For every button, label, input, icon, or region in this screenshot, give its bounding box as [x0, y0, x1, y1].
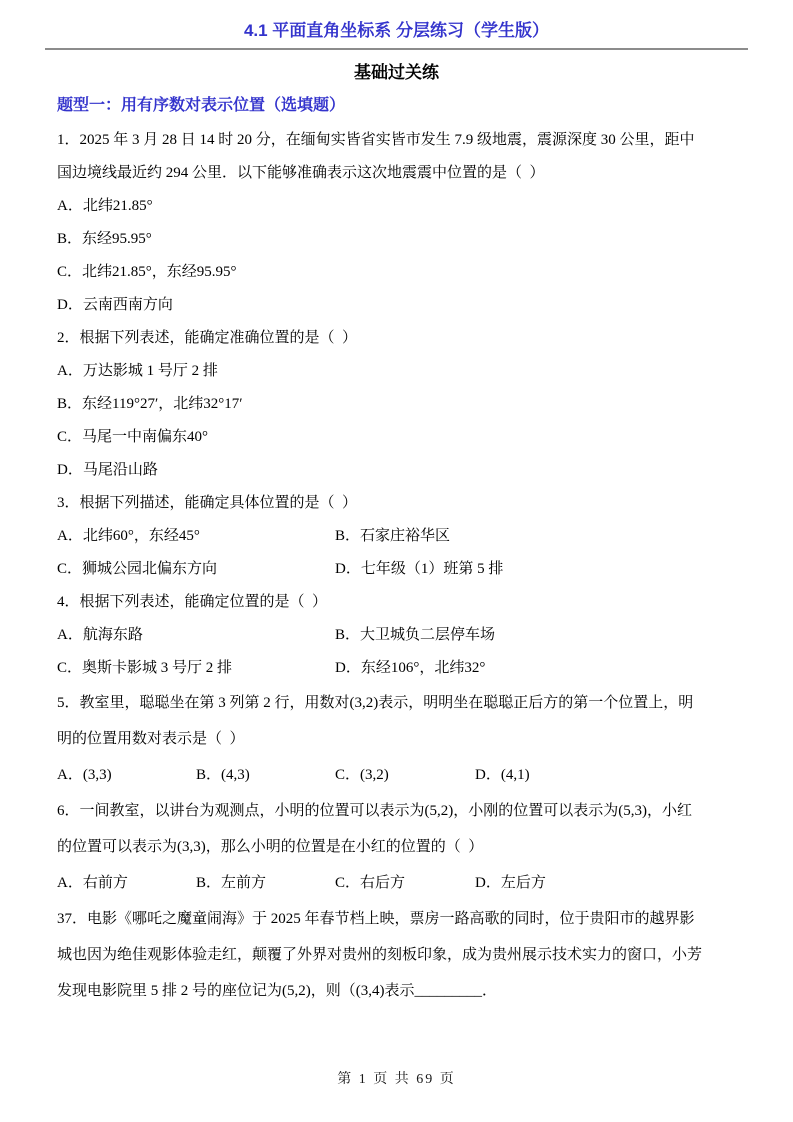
question-text: 3．根据下列描述，能确定具体位置的是（ ） [57, 487, 736, 520]
options-group: A．北纬21.85°B．东经95.95°C．北纬21.85°，东经95.95°D… [57, 190, 736, 322]
question-6: 6．一间教室，以讲台为观测点，小明的位置可以表示为(5,2)，小刚的位置可以表示… [57, 793, 736, 901]
question-text: 城也因为绝佳观影体验走红，颠覆了外界对贵州的刻板印象，成为贵州展示技术实力的窗口… [57, 937, 736, 973]
option-b: B．东经119°27′，北纬32°17′ [57, 388, 736, 421]
option-c: C．狮城公园北偏东方向 [57, 553, 335, 586]
option-b: B．左前方 [196, 865, 335, 901]
option-a: A．(3,3) [57, 757, 196, 793]
question-4: 4．根据下列表述，能确定位置的是（ ）A．航海东路B．大卫城负二层停车场C．奥斯… [57, 586, 736, 685]
option-c: C．马尾一中南偏东40° [57, 421, 736, 454]
option-b: B．(4,3) [196, 757, 335, 793]
question-5: 5．教室里，聪聪坐在第 3 列第 2 行，用数对(3,2)表示，明明坐在聪聪正后… [57, 685, 736, 793]
page-footer: 第 1 页 共 69 页 [0, 1068, 793, 1088]
option-a: A．航海东路 [57, 619, 335, 652]
option-d: D．东经106°，北纬32° [335, 652, 736, 685]
question-text: 37．电影《哪吒之魔童闹海》于 2025 年春节档上映，票房一路高歌的同时，位于… [57, 901, 736, 937]
question-text: 1．2025 年 3 月 28 日 14 时 20 分，在缅甸实皆省实皆市发生 … [57, 124, 736, 157]
option-d: D．马尾沿山路 [57, 454, 736, 487]
question-text: 4．根据下列表述，能确定位置的是（ ） [57, 586, 736, 619]
option-c: C．奥斯卡影城 3 号厅 2 排 [57, 652, 335, 685]
option-d: D．(4,1) [475, 757, 736, 793]
question-3: 3．根据下列描述，能确定具体位置的是（ ）A．北纬60°，东经45°B．石家庄裕… [57, 487, 736, 586]
question-text: 2．根据下列表述，能确定准确位置的是（ ） [57, 322, 736, 355]
options-group: A．万达影城 1 号厅 2 排B．东经119°27′，北纬32°17′C．马尾一… [57, 355, 736, 487]
topic-heading: 题型一：用有序数对表示位置（选填题） [57, 96, 736, 116]
option-b: B．石家庄裕华区 [335, 520, 736, 553]
title-divider [45, 48, 748, 50]
option-d: D．左后方 [475, 865, 736, 901]
options-group: A．(3,3)B．(4,3)C．(3,2)D．(4,1) [57, 757, 736, 793]
questions-container: 1．2025 年 3 月 28 日 14 时 20 分，在缅甸实皆省实皆市发生 … [57, 124, 736, 1009]
question-2: 2．根据下列表述，能确定准确位置的是（ ）A．万达影城 1 号厅 2 排B．东经… [57, 322, 736, 487]
options-group: A．右前方B．左前方C．右后方D．左后方 [57, 865, 736, 901]
option-b: B．大卫城负二层停车场 [335, 619, 736, 652]
option-d: D．云南西南方向 [57, 289, 736, 322]
option-a: A．北纬21.85° [57, 190, 736, 223]
question-text: 明的位置用数对表示是（ ） [57, 721, 736, 757]
options-group: A．航海东路B．大卫城负二层停车场C．奥斯卡影城 3 号厅 2 排D．东经106… [57, 619, 736, 685]
question-text: 发现电影院里 5 排 2 号的座位记为(5,2)，则（(3,4)表示______… [57, 973, 736, 1009]
question-text: 6．一间教室，以讲台为观测点，小明的位置可以表示为(5,2)，小刚的位置可以表示… [57, 793, 736, 829]
question-text: 5．教室里，聪聪坐在第 3 列第 2 行，用数对(3,2)表示，明明坐在聪聪正后… [57, 685, 736, 721]
section-title: 基础过关练 [0, 62, 793, 83]
options-group: A．北纬60°，东经45°B．石家庄裕华区C．狮城公园北偏东方向D．七年级（1）… [57, 520, 736, 586]
question-1: 1．2025 年 3 月 28 日 14 时 20 分，在缅甸实皆省实皆市发生 … [57, 124, 736, 322]
document-title: 4.1 平面直角坐标系 分层练习（学生版） [0, 0, 793, 41]
worksheet-page: 4.1 平面直角坐标系 分层练习（学生版） 基础过关练 题型一：用有序数对表示位… [0, 0, 793, 1122]
option-a: A．右前方 [57, 865, 196, 901]
option-c: C．(3,2) [335, 757, 475, 793]
question-text: 国边境线最近约 294 公里．以下能够准确表示这次地震震中位置的是（ ） [57, 157, 736, 190]
option-b: B．东经95.95° [57, 223, 736, 256]
option-c: C．北纬21.85°，东经95.95° [57, 256, 736, 289]
question-text: 的位置可以表示为(3,3)，那么小明的位置是在小红的位置的（ ） [57, 829, 736, 865]
option-a: A．北纬60°，东经45° [57, 520, 335, 553]
question-37: 37．电影《哪吒之魔童闹海》于 2025 年春节档上映，票房一路高歌的同时，位于… [57, 901, 736, 1009]
option-c: C．右后方 [335, 865, 475, 901]
option-a: A．万达影城 1 号厅 2 排 [57, 355, 736, 388]
option-d: D．七年级（1）班第 5 排 [335, 553, 736, 586]
